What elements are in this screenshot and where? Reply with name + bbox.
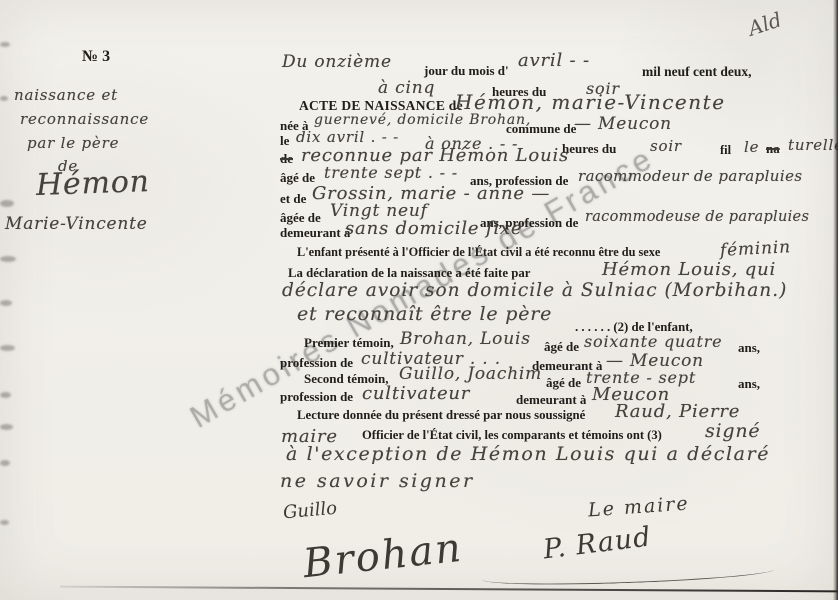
printed-text: profession de xyxy=(280,355,353,371)
entry-witness2-name: Guillo, Joachim xyxy=(399,364,542,384)
entry-sex: féminin xyxy=(720,237,792,261)
bleed-mark xyxy=(0,42,10,47)
entry-naturelle: turelle xyxy=(788,136,838,154)
entry-father-profession: racommodeur de parapluies xyxy=(578,167,802,185)
margin-note-line: par le père xyxy=(27,134,119,152)
bleed-mark xyxy=(0,96,8,101)
printed-text: ans, xyxy=(738,376,760,392)
printed-text: âgé de xyxy=(280,170,315,186)
printed-text: âgée de xyxy=(280,210,321,226)
printed-text: L'enfant présenté à l'Officier de l'État… xyxy=(297,245,660,260)
entry-cannot-sign: ne savoir signer xyxy=(280,470,475,492)
printed-text: La déclaration de la naissance a été fai… xyxy=(288,266,530,281)
printed-text: âgé de xyxy=(546,375,581,391)
margin-note-line: naissance et xyxy=(14,86,118,104)
margin-surname: Hémon xyxy=(35,164,150,203)
bottom-rule xyxy=(60,586,838,593)
bleed-mark xyxy=(0,460,10,466)
printed-text: âgé de xyxy=(544,339,579,355)
entry-child-name: Hémon, marie-Vincente xyxy=(455,90,726,114)
entry-mother-profession: racommodeuse de parapluies xyxy=(585,209,809,225)
printed-text: ans, xyxy=(738,340,760,356)
printed-year: mil neuf cent deux, xyxy=(642,64,752,80)
bleed-mark xyxy=(0,392,11,398)
printed-text: demeurant à xyxy=(516,392,586,408)
printed-text: Officier de l'État civil, les comparants… xyxy=(362,428,662,443)
struck-text: de xyxy=(280,151,293,167)
entry-witness1-name: Brohan, Louis xyxy=(400,329,531,349)
entry-witness1-age: soixante quatre xyxy=(584,332,722,351)
entry-officer-name: Raud, Pierre xyxy=(615,401,740,422)
margin-note-line: reconnaissance xyxy=(20,110,149,128)
printed-text: heures du xyxy=(562,141,616,157)
entry-birthplace: guernevé, domicile Brohan, xyxy=(314,112,531,128)
signature-brohan: Brohan xyxy=(301,525,465,587)
bleed-mark xyxy=(0,256,16,262)
signature-raud: P. Raud xyxy=(542,521,654,565)
entry-birthdate: dix avril . - - xyxy=(296,128,399,146)
printed-text: profession de xyxy=(280,389,353,405)
entry-month: avril - - xyxy=(518,50,590,71)
bleed-mark xyxy=(0,424,13,430)
printed-text: demeurant à xyxy=(280,225,350,241)
entry-commune: — Meucon xyxy=(574,114,672,134)
struck-text: na xyxy=(766,141,780,157)
record-number: № 3 xyxy=(82,48,110,66)
bleed-mark xyxy=(0,300,12,306)
printed-text: Lecture donnée du présent dressé par nou… xyxy=(297,408,585,423)
entry-hour: à cinq xyxy=(378,78,435,98)
signature-flourish xyxy=(482,561,774,588)
printed-text: fil xyxy=(720,143,731,158)
registrar-paraph: Ald xyxy=(745,7,784,40)
entry-signed: signé xyxy=(705,420,760,442)
printed-text: et de xyxy=(280,191,306,207)
entry-time-of-day: soir xyxy=(650,137,682,155)
entry-exception: à l'exception de Hémon Louis qui a décla… xyxy=(286,443,770,465)
mayor-title: Le maire xyxy=(587,492,690,521)
entry-acknowledges-father: et reconnaît être le père xyxy=(297,303,552,325)
entry-declarant-domicile: déclare avoir son domicile à Sulniac (Mo… xyxy=(282,280,787,301)
entry-declarant: Hémon Louis, qui xyxy=(602,259,776,280)
entry-father-age: trente sept . - - xyxy=(324,163,458,182)
printed-text: jour du mois d' xyxy=(424,63,509,79)
entry-residence: sans domicile fixe xyxy=(345,218,522,239)
entry-fille: le xyxy=(744,138,759,156)
scan-edge xyxy=(833,0,838,600)
bleed-mark xyxy=(0,520,9,525)
entry-day: Du onzième xyxy=(282,52,392,72)
signature-guillo: Guillo xyxy=(282,498,338,524)
entry-witness2-profession: cultivateur xyxy=(362,383,470,404)
birth-record-scan: Mémoires Nomades de France Ald № 3 naiss… xyxy=(0,0,838,600)
bleed-mark xyxy=(0,345,15,351)
bleed-mark xyxy=(0,200,14,207)
printed-text: le xyxy=(280,133,289,149)
margin-given-names: Marie-Vincente xyxy=(5,214,148,234)
